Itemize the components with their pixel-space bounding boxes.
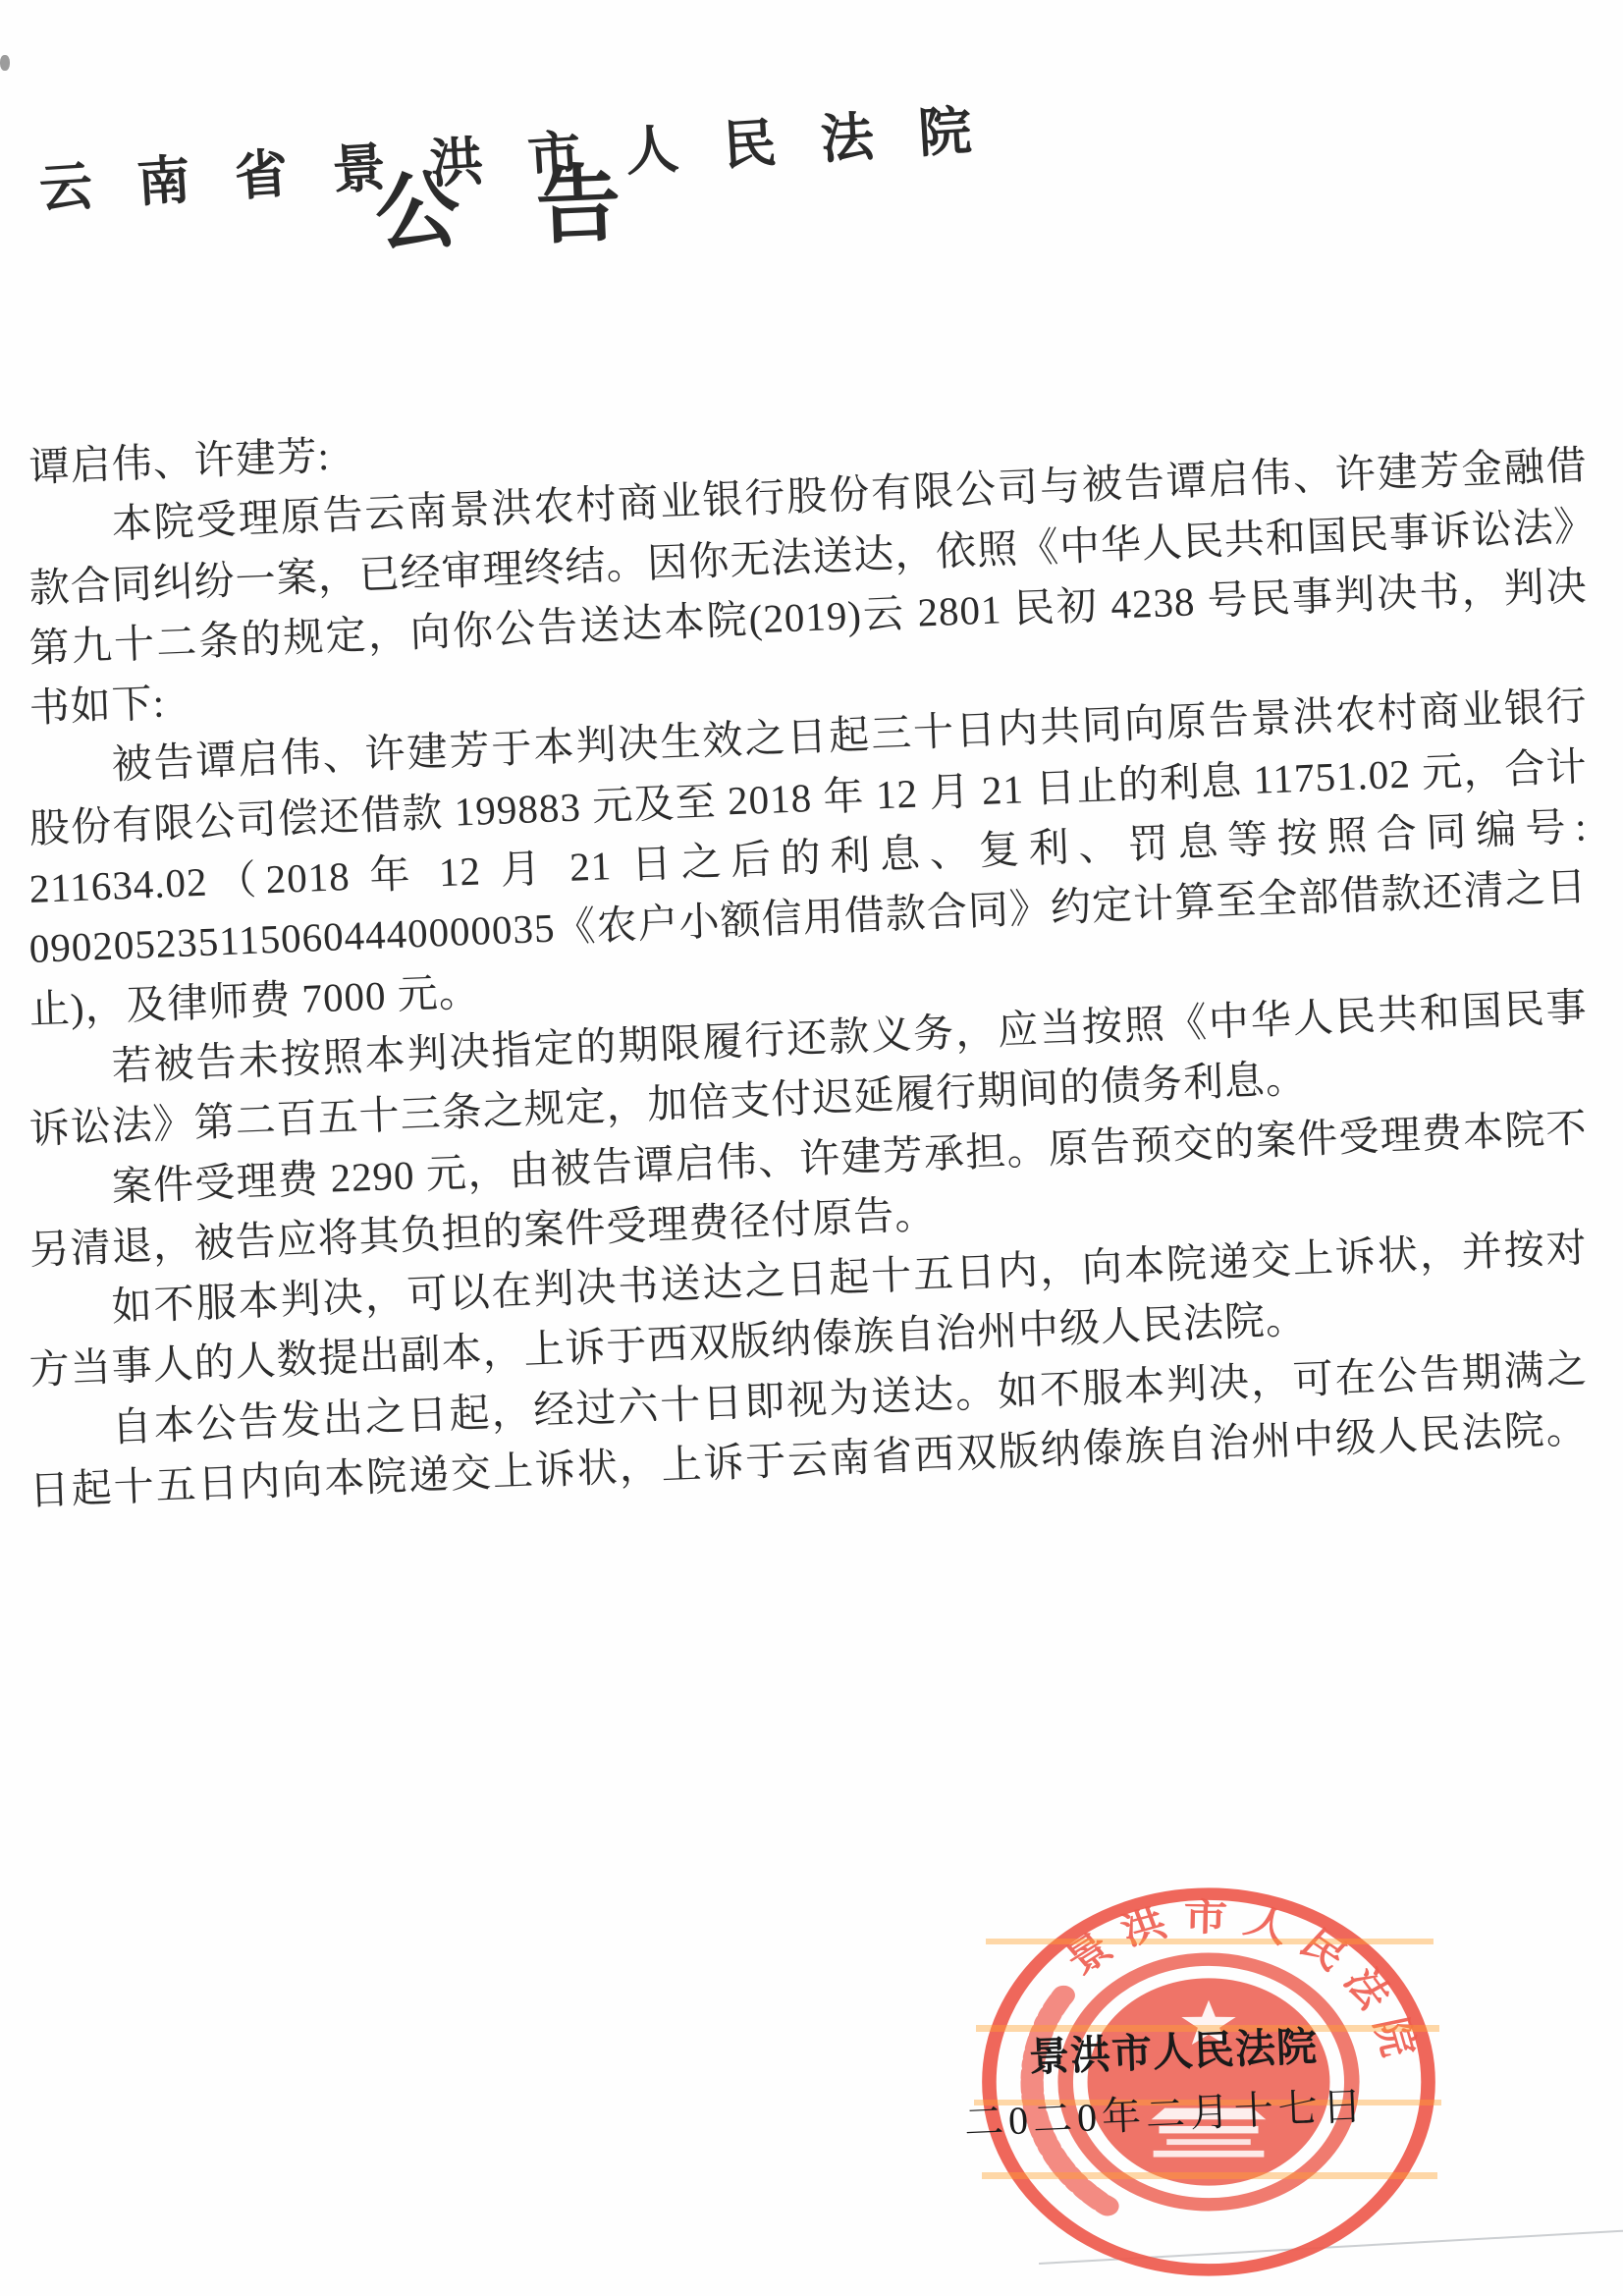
scan-artifact-band xyxy=(986,1939,1434,1944)
scanned-court-announcement: 云南省景洪市人民法院 公告 谭启伟、许建芳: 本院受理原告云南景洪农村商业银行股… xyxy=(0,0,1623,2296)
scan-artifact-band xyxy=(982,2172,1437,2179)
seal-court-name-overlay: 景洪市人民法院 xyxy=(1028,2014,1319,2083)
page-title: 公告 xyxy=(372,132,699,267)
scan-artifact-speck xyxy=(0,55,10,71)
announcement-body: 谭启伟、许建芳: 本院受理原告云南景洪农村商业银行股份有限公司与被告谭启伟、许建… xyxy=(29,438,1589,1521)
